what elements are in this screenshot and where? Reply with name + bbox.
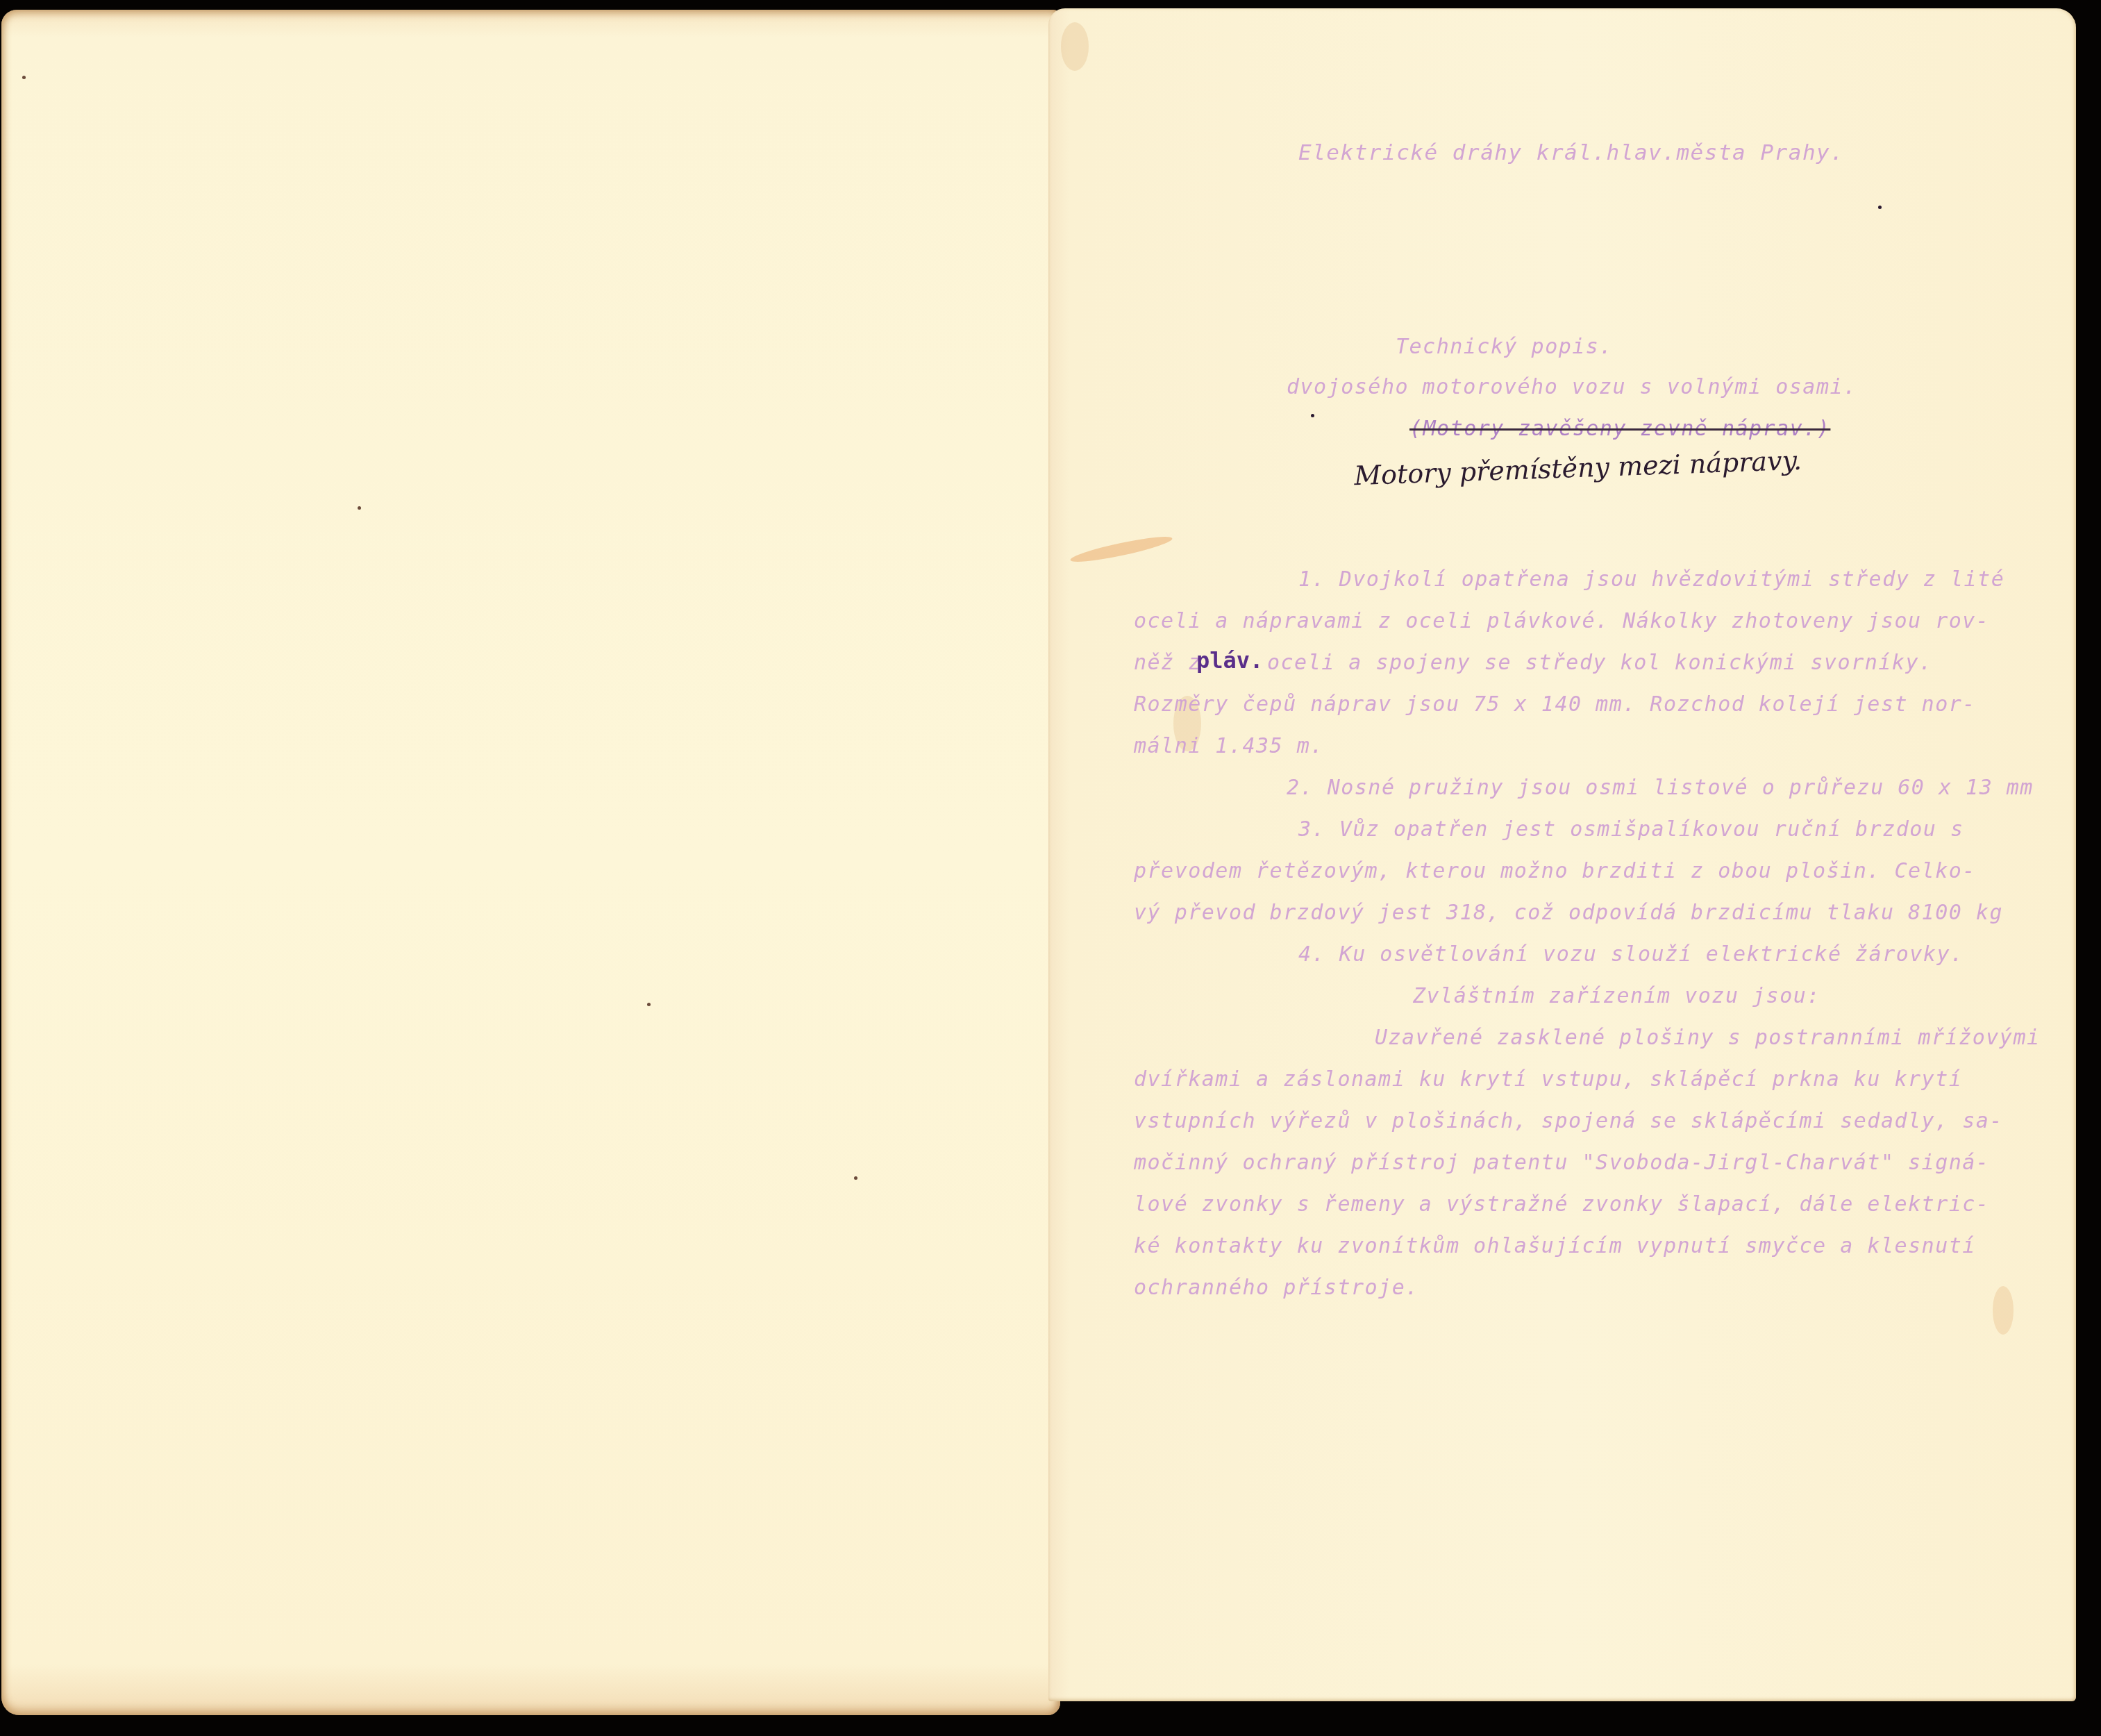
paper-stain [1061,22,1089,71]
text-line: Rozměry čepů náprav jsou 75 x 140 mm. Ro… [1134,692,1976,717]
paper-speck [647,1003,651,1006]
text-line: málni 1.435 m. [1134,734,1324,758]
text-line: něž z [1134,651,1202,675]
inserted-word: pláv. [1196,647,1263,674]
text-line: oceli a spojeny se středy kol konickými … [1267,651,1933,675]
text-line: oceli a nápravami z oceli plávkové. Náko… [1134,609,1989,633]
paper-stain [1993,1286,2014,1335]
text-line: 2. Nosné pružiny jsou osmi listové o prů… [1287,776,2034,800]
text-line: vý převod brzdový jest 318, což odpovídá… [1134,901,2003,925]
ink-mark [1878,206,1882,209]
text-line: 1. Dvojkolí opatřena jsou hvězdovitými s… [1298,567,2004,592]
handwritten-correction: Motory přemístěny mezi nápravy. [1353,445,1802,491]
text-line: lové zvonky s řemeny a výstražné zvonky … [1134,1192,1989,1217]
text-line: Uzavřené zasklené plošiny s postranními … [1375,1026,2041,1050]
paper-stain [1069,533,1173,567]
document-subtitle: dvojosého motorového vozu s volnými osam… [1287,375,1857,399]
paper-speck [22,76,26,79]
text-line: 4. Ku osvětlování vozu slouží elektrické… [1298,942,1964,967]
text-line: močinný ochraný přístroj patentu "Svobod… [1134,1151,1989,1175]
text-line: ké kontakty ku zvonítkům ohlašujícím vyp… [1134,1234,1976,1258]
document-header: Elektrické dráhy král.hlav.města Prahy. [1298,140,1844,165]
text-line: ochranného přístroje. [1134,1276,1419,1300]
right-page-document: Elektrické dráhy král.hlav.města Prahy. … [1048,8,2076,1701]
paper-speck [854,1176,857,1180]
text-line: dvířkami a záslonami ku krytí vstupu, sk… [1134,1067,1962,1092]
text-line: Zvláštním zařízením vozu jsou: [1413,984,1820,1008]
text-line: vstupních výřezů v plošinách, spojená se… [1134,1109,2003,1133]
paper-speck [358,506,361,510]
struck-subtitle-note: (Motory zavěšeny zevně náprav.) [1409,417,1830,441]
document-title: Technický popis. [1396,335,1613,359]
ink-mark [1311,414,1314,417]
text-line: převodem řetězovým, kterou možno brzditi… [1134,859,1976,883]
left-page-blank [1,10,1060,1715]
text-line: 3. Vůz opatřen jest osmišpalíkovou ruční… [1298,817,1964,842]
